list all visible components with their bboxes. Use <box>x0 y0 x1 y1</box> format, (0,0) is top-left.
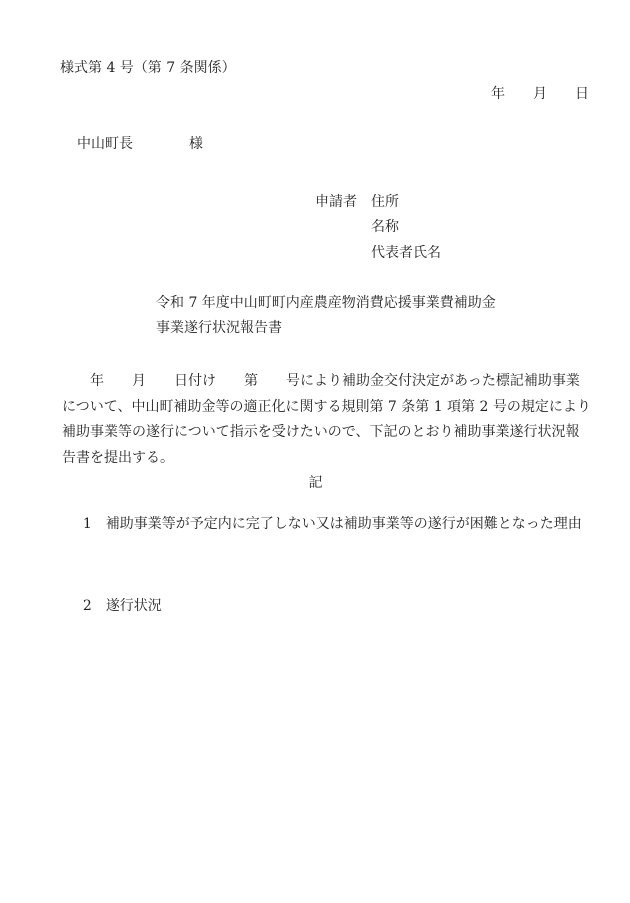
body-line: 告書を提出する。 <box>62 446 569 472</box>
applicant-label: 申請者 <box>315 195 357 209</box>
record-marker: 記 <box>62 476 569 490</box>
date-line: 年 月 日 <box>491 87 589 101</box>
item-number: 2 <box>83 599 106 613</box>
body-line: 補助事業等の遂行について指示を受けたいので、下記のとおり補助事業遂行状況報 <box>62 420 569 446</box>
item-text: 補助事業等が予定内に完了しない又は補助事業等の遂行が困難となった理由 <box>106 516 582 532</box>
addressee-line: 中山町長 様 <box>77 137 203 151</box>
document-title: 令和 7 年度中山町町内産農産物消費応援事業費補助金 事業遂行状況報告書 <box>156 291 496 342</box>
body-line: 年 月 日付け 第 号により補助金交付決定があった標記補助事業 <box>62 369 569 395</box>
item-number: 1 <box>83 517 106 531</box>
body-line: について、中山町補助金等の適正化に関する規則第 7 条第 1 項第 2 号の規定… <box>62 395 569 421</box>
body-paragraph: 年 月 日付け 第 号により補助金交付決定があった標記補助事業 について、中山町… <box>62 369 569 471</box>
form-number: 様式第 4 号（第 7 条関係） <box>60 61 236 75</box>
applicant-fields: 住所 名称 代表者氏名 <box>371 190 441 266</box>
list-item-2: 2遂行状況 <box>65 585 162 627</box>
document-page: 様式第 4 号（第 7 条関係） 年 月 日 中山町長 様 申請者 住所 名称 … <box>0 0 630 903</box>
applicant-name-label: 名称 <box>371 215 441 240</box>
document-title-line2: 事業遂行状況報告書 <box>156 316 496 341</box>
applicant-representative-label: 代表者氏名 <box>371 241 441 266</box>
document-title-line1: 令和 7 年度中山町町内産農産物消費応援事業費補助金 <box>156 291 496 316</box>
list-item-1: 1補助事業等が予定内に完了しない又は補助事業等の遂行が困難となった理由 <box>65 503 582 545</box>
applicant-address-label: 住所 <box>371 190 441 215</box>
item-text: 遂行状況 <box>106 598 162 614</box>
